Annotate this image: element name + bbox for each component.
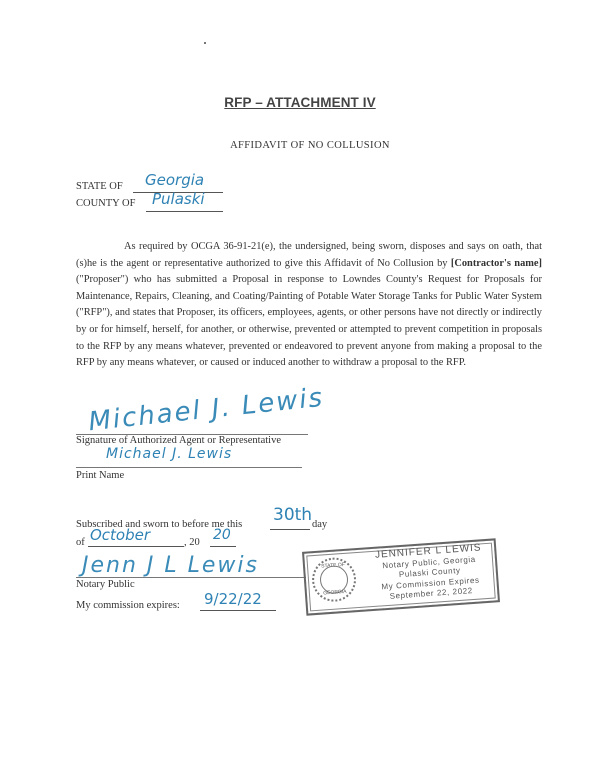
agent-signature: Michael J. Lewis bbox=[87, 383, 325, 438]
county-field: Pulaski bbox=[146, 189, 223, 212]
print-name-label: Print Name bbox=[76, 470, 124, 481]
notary-stamp: STATE OF GEORGIA JENNIFER L LEWIS Notary… bbox=[302, 538, 500, 615]
notary-signature: Jenn J L Lewis bbox=[82, 553, 259, 578]
day-label: day bbox=[312, 519, 327, 530]
county-label: COUNTY OF bbox=[76, 198, 135, 209]
commission-field: 9/22/22 bbox=[200, 590, 276, 611]
month-value: October bbox=[90, 526, 150, 544]
print-name-value: Michael J. Lewis bbox=[106, 446, 232, 462]
day-field: 30th bbox=[270, 509, 310, 530]
county-value: Pulaski bbox=[152, 190, 205, 208]
body-rest: ("Proposer") who has submitted a Proposa… bbox=[76, 274, 542, 368]
state-value: Georgia bbox=[145, 171, 204, 189]
state-label: STATE OF bbox=[76, 181, 123, 192]
year-prefix: , 20 bbox=[184, 537, 200, 548]
affidavit-body: As required by OCGA 36-91-21(e), the und… bbox=[76, 239, 542, 372]
affidavit-title: AFFIDAVIT OF NO COLLUSION bbox=[0, 140, 600, 151]
print-name-line bbox=[76, 467, 302, 468]
month-field: October bbox=[88, 526, 184, 547]
year-field: 20 bbox=[210, 526, 236, 547]
stamp-text: JENNIFER L LEWIS Notary Public, Georgia … bbox=[364, 543, 495, 604]
notary-seal: STATE OF GEORGIA bbox=[311, 556, 358, 603]
day-value: 30th bbox=[273, 505, 312, 525]
notary-public-label: Notary Public bbox=[76, 579, 135, 590]
scan-speck bbox=[204, 42, 206, 44]
page-title: RFP – ATTACHMENT IV bbox=[0, 95, 600, 110]
year-value: 20 bbox=[213, 527, 231, 543]
of-label: of bbox=[76, 537, 85, 548]
contractor-name-placeholder: [Contractor's name] bbox=[451, 258, 542, 269]
signature-label: Signature of Authorized Agent or Represe… bbox=[76, 435, 281, 446]
commission-value: 9/22/22 bbox=[204, 590, 262, 608]
notary-signature-line bbox=[76, 577, 306, 578]
seal-bottom-text: GEORGIA bbox=[315, 588, 355, 597]
commission-label: My commission expires: bbox=[76, 600, 180, 611]
